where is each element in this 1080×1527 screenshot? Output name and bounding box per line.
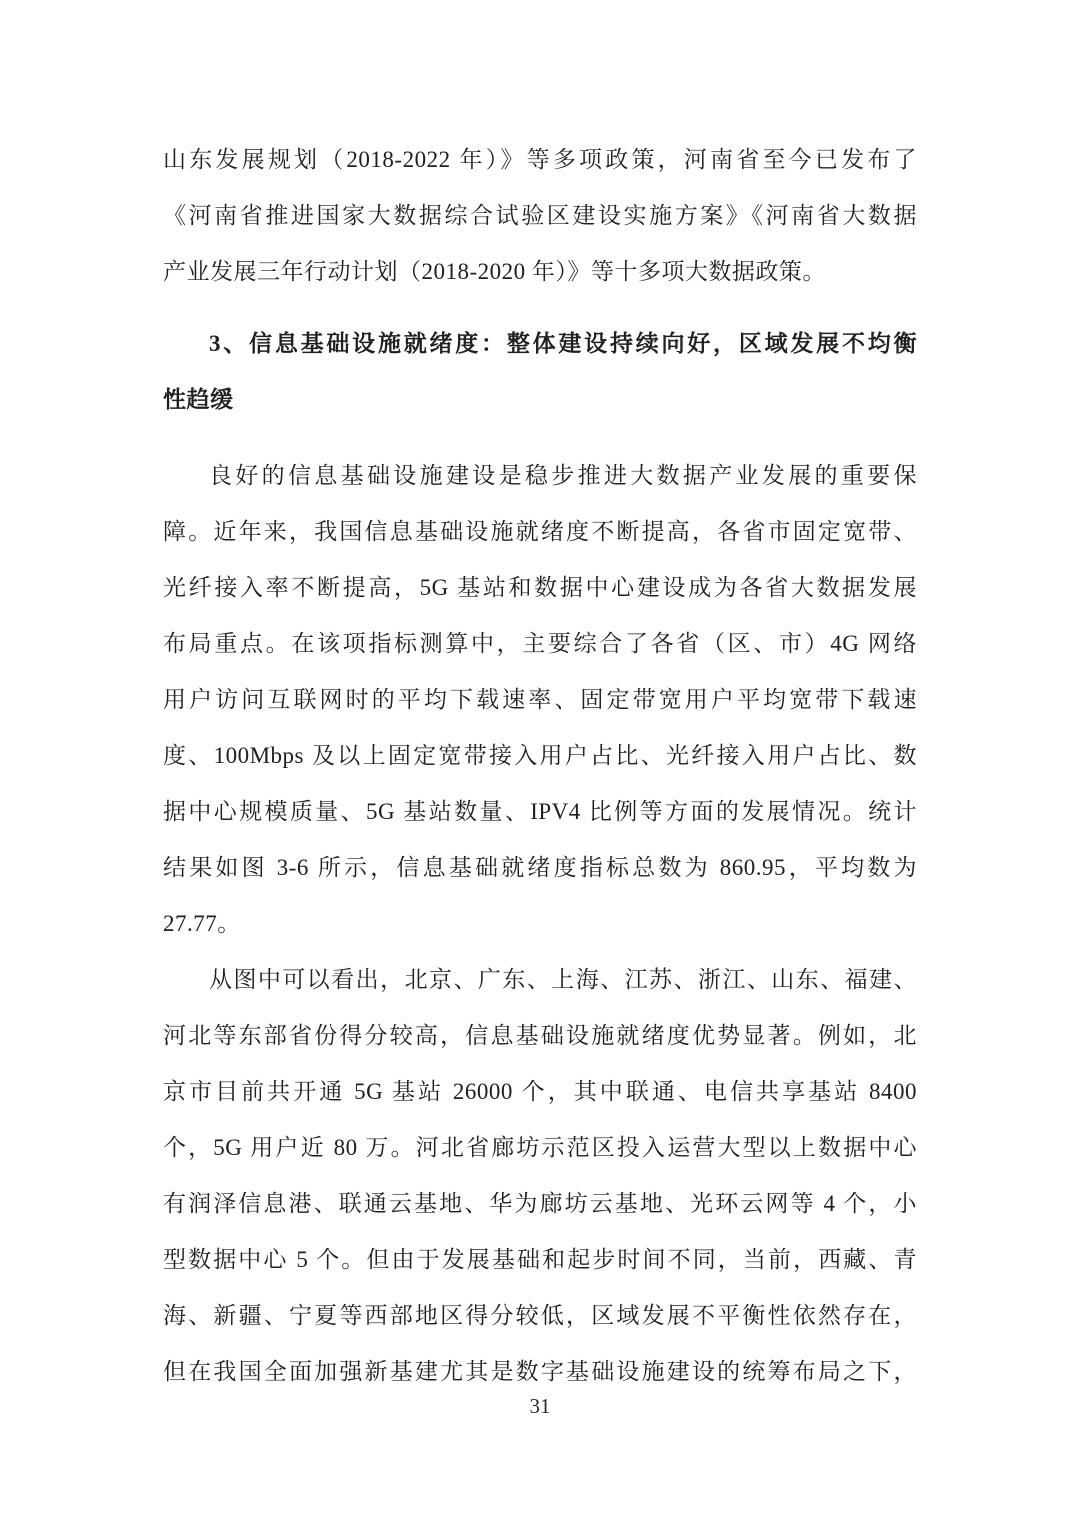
text-line: 光纤接入率不断提高，5G 基站和数据中心建设成为各省大数据发展 [163,560,917,616]
text-line: 京市目前共开通 5G 基站 26000 个，其中联通、电信共享基站 8400 [163,1064,917,1120]
text-line: 27.77。 [163,896,917,952]
page-number: 31 [0,1392,1080,1420]
text-line: 有润泽信息港、联通云基地、华为廊坊云基地、光环云网等 4 个，小 [163,1176,917,1232]
text-line: 山东发展规划（2018-2022 年）》等多项政策，河南省至今已发布了 [163,132,917,188]
text-line: 个，5G 用户近 80 万。河北省廊坊示范区投入运营大型以上数据中心 [163,1120,917,1176]
text-line: 度、100Mbps 及以上固定宽带接入用户占比、光纤接入用户占比、数 [163,728,917,784]
text-line: 产业发展三年行动计划（2018-2020 年）》等十多项大数据政策。 [163,244,917,300]
text-line: 良好的信息基础设施建设是稳步推进大数据产业发展的重要保 [163,448,917,504]
text-block: 山东发展规划（2018-2022 年）》等多项政策，河南省至今已发布了《河南省推… [163,132,917,1400]
paragraph: 从图中可以看出，北京、广东、上海、江苏、浙江、山东、福建、河北等东部省份得分较高… [163,952,917,1400]
text-line: 型数据中心 5 个。但由于发展基础和起步时间不同，当前，西藏、青 [163,1232,917,1288]
text-line: 从图中可以看出，北京、广东、上海、江苏、浙江、山东、福建、 [163,952,917,1008]
paragraph: 山东发展规划（2018-2022 年）》等多项政策，河南省至今已发布了《河南省推… [163,132,917,300]
text-line: 障。近年来，我国信息基础设施就绪度不断提高，各省市固定宽带、 [163,504,917,560]
text-line: 河北等东部省份得分较高，信息基础设施就绪度优势显著。例如，北 [163,1008,917,1064]
heading-line: 3、信息基础设施就绪度：整体建设持续向好，区域发展不均衡 [163,316,917,372]
text-line: 用户访问互联网时的平均下载速率、固定带宽用户平均宽带下载速 [163,672,917,728]
heading-line: 性趋缓 [163,372,917,428]
text-line: 结果如图 3-6 所示，信息基础就绪度指标总数为 860.95，平均数为 [163,840,917,896]
document-page: 山东发展规划（2018-2022 年）》等多项政策，河南省至今已发布了《河南省推… [0,0,1080,1527]
text-line: 海、新疆、宁夏等西部地区得分较低，区域发展不平衡性依然存在， [163,1288,917,1344]
paragraph: 良好的信息基础设施建设是稳步推进大数据产业发展的重要保障。近年来，我国信息基础设… [163,448,917,952]
text-line: 布局重点。在该项指标测算中，主要综合了各省（区、市）4G 网络 [163,616,917,672]
text-line: 据中心规模质量、5G 基站数量、IPV4 比例等方面的发展情况。统计 [163,784,917,840]
section-heading: 3、信息基础设施就绪度：整体建设持续向好，区域发展不均衡性趋缓 [163,316,917,428]
text-line: 《河南省推进国家大数据综合试验区建设实施方案》《河南省大数据 [163,188,917,244]
